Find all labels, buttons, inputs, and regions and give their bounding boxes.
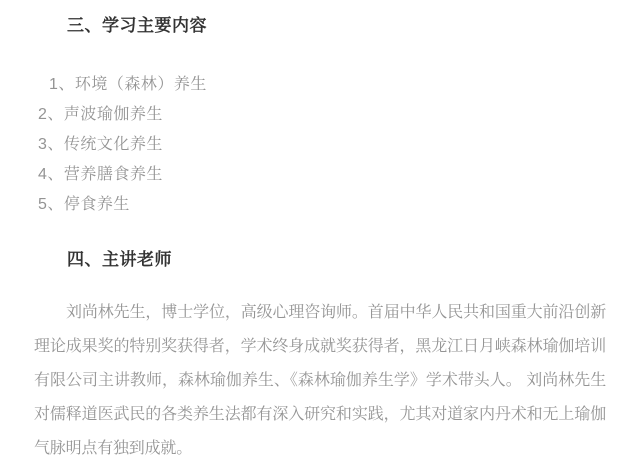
section-heading-learning-content: 三、学习主要内容 bbox=[67, 0, 606, 38]
lecturer-bio-paragraph: 刘尚林先生，博士学位，高级心理咨询师。首届中华人民共和国重大前沿创新理论成果奖的… bbox=[34, 296, 606, 466]
section-heading-lecturer: 四、主讲老师 bbox=[67, 248, 606, 272]
list-item: 1、环境（森林）养生 bbox=[38, 70, 606, 100]
list-item: 3、传统文化养生 bbox=[38, 130, 606, 160]
article-page: 三、学习主要内容 1、环境（森林）养生 2、声波瑜伽养生 3、传统文化养生 4、… bbox=[0, 0, 640, 475]
learning-content-list: 1、环境（森林）养生 2、声波瑜伽养生 3、传统文化养生 4、营养膳食养生 5、… bbox=[34, 70, 606, 220]
list-item: 2、声波瑜伽养生 bbox=[38, 100, 606, 130]
list-item: 5、停食养生 bbox=[38, 190, 606, 220]
list-item: 4、营养膳食养生 bbox=[38, 160, 606, 190]
